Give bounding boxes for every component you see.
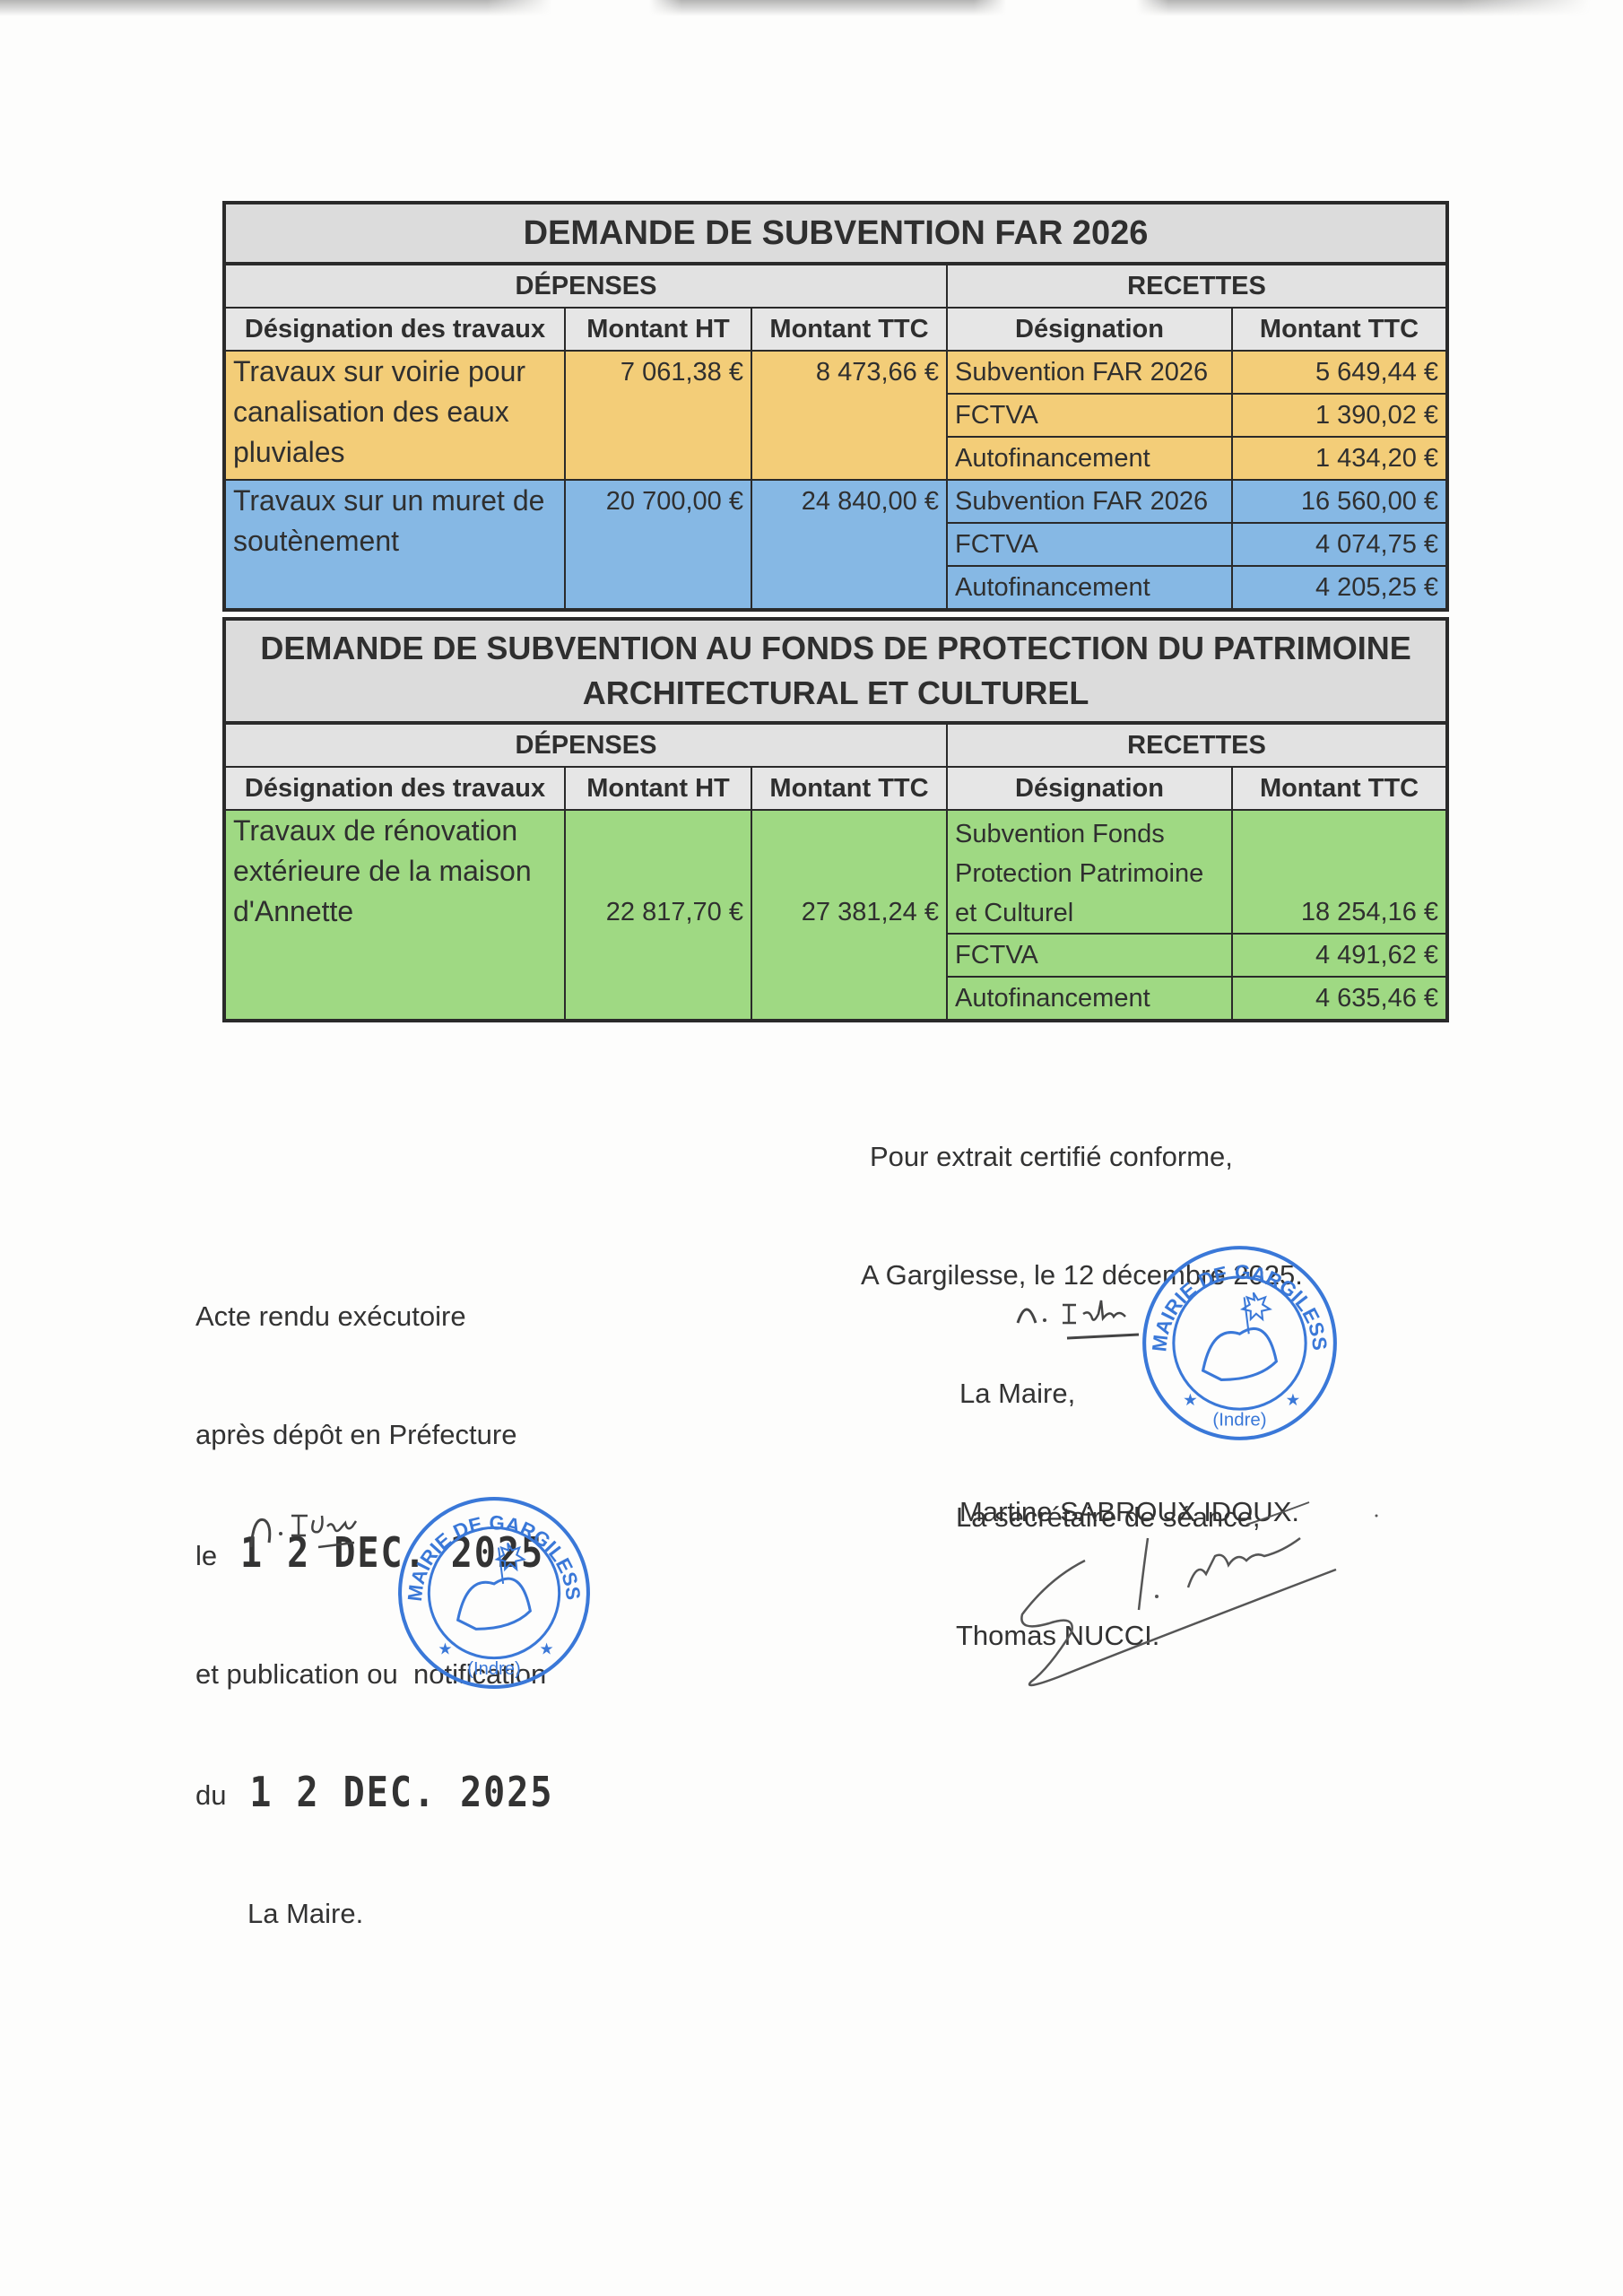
montant-ht: 7 061,38 €: [565, 351, 751, 480]
svg-text:★: ★: [539, 1640, 553, 1658]
recette-designation: Autofinancement: [947, 977, 1232, 1021]
montant-ttc: 8 473,66 €: [751, 351, 947, 480]
far-2026-table: DEMANDE DE SUBVENTION FAR 2026 DÉPENSES …: [222, 201, 1449, 612]
recette-designation: FCTVA: [947, 523, 1232, 566]
executoire-line: Acte rendu exécutoire: [195, 1297, 553, 1336]
montant-ttc: 24 840,00 €: [751, 480, 947, 610]
svg-text:★: ★: [1183, 1390, 1198, 1409]
recette-montant: 4 074,75 €: [1232, 523, 1447, 566]
recette-montant: 4 491,62 €: [1232, 934, 1447, 977]
section-recettes: RECETTES: [947, 723, 1447, 767]
mayor-signature-icon: [247, 1498, 426, 1570]
recette-montant: 1 434,20 €: [1232, 437, 1447, 480]
col-header: Désignation: [947, 308, 1232, 351]
col-header: Montant HT: [565, 308, 751, 351]
table-title-line2: ARCHITECTURAL ET CULTUREL: [226, 671, 1445, 716]
recette-designation: FCTVA: [947, 934, 1232, 977]
mayor-signature-icon: [1013, 1283, 1193, 1363]
secretary-signature-icon: [1013, 1489, 1399, 1695]
montant-ttc: 27 381,24 €: [751, 810, 947, 1021]
table-row: Travaux sur un muret de soutènement 20 7…: [224, 480, 1447, 523]
recette-montant: 1 390,02 €: [1232, 394, 1447, 437]
col-header: Montant TTC: [751, 308, 947, 351]
col-header: Montant TTC: [1232, 308, 1447, 351]
montant-ht: 22 817,70 €: [565, 810, 751, 1021]
svg-text:★: ★: [438, 1640, 452, 1658]
du-label: du: [195, 1779, 226, 1811]
section-depenses: DÉPENSES: [224, 723, 947, 767]
table-title: DEMANDE DE SUBVENTION AU FONDS DE PROTEC…: [224, 619, 1447, 723]
recette-montant: 4 205,25 €: [1232, 566, 1447, 610]
mayor-title: La Maire.: [247, 1894, 553, 1934]
recette-montant: 4 635,46 €: [1232, 977, 1447, 1021]
col-header: Montant TTC: [1232, 767, 1447, 810]
col-header: Montant HT: [565, 767, 751, 810]
montant-ht: 20 700,00 €: [565, 480, 751, 610]
certification-line: Pour extrait certifié conforme,: [870, 1137, 1303, 1177]
recette-designation: Autofinancement: [947, 566, 1232, 610]
recette-designation: Subvention FAR 2026: [947, 351, 1232, 394]
travaux-designation: Travaux sur voirie pour canalisation des…: [224, 351, 565, 480]
svg-text:(Indre): (Indre): [467, 1659, 520, 1679]
section-depenses: DÉPENSES: [224, 264, 947, 308]
patrimoine-table: DEMANDE DE SUBVENTION AU FONDS DE PROTEC…: [222, 617, 1449, 1022]
recette-designation: Subvention FAR 2026: [947, 480, 1232, 523]
recette-montant: 5 649,44 €: [1232, 351, 1447, 394]
travaux-designation: Travaux de rénovation extérieure de la m…: [224, 810, 565, 1021]
recette-montant: 18 254,16 €: [1232, 810, 1447, 934]
recette-designation: Subvention Fonds Protection Patrimoine e…: [947, 810, 1232, 934]
scan-edge-shadow: [0, 0, 1623, 16]
col-header: Désignation des travaux: [224, 767, 565, 810]
svg-text:★: ★: [1286, 1390, 1301, 1409]
recette-designation: FCTVA: [947, 394, 1232, 437]
svg-text:(Indre): (Indre): [1212, 1410, 1266, 1431]
executoire-line: après dépôt en Préfecture: [195, 1415, 553, 1455]
col-header: Désignation des travaux: [224, 308, 565, 351]
table-title-line1: DEMANDE DE SUBVENTION AU FONDS DE PROTEC…: [226, 626, 1445, 671]
table-row: Travaux sur voirie pour canalisation des…: [224, 351, 1447, 394]
le-label: le: [195, 1540, 217, 1571]
section-recettes: RECETTES: [947, 264, 1447, 308]
publication-date-stamp: 1 2 DEC. 2025: [249, 1770, 553, 1816]
col-header: Désignation: [947, 767, 1232, 810]
table-title: DEMANDE DE SUBVENTION FAR 2026: [224, 203, 1447, 264]
travaux-designation: Travaux sur un muret de soutènement: [224, 480, 565, 610]
table-row: Travaux de rénovation extérieure de la m…: [224, 810, 1447, 934]
recette-montant: 16 560,00 €: [1232, 480, 1447, 523]
recette-designation: Autofinancement: [947, 437, 1232, 480]
col-header: Montant TTC: [751, 767, 947, 810]
